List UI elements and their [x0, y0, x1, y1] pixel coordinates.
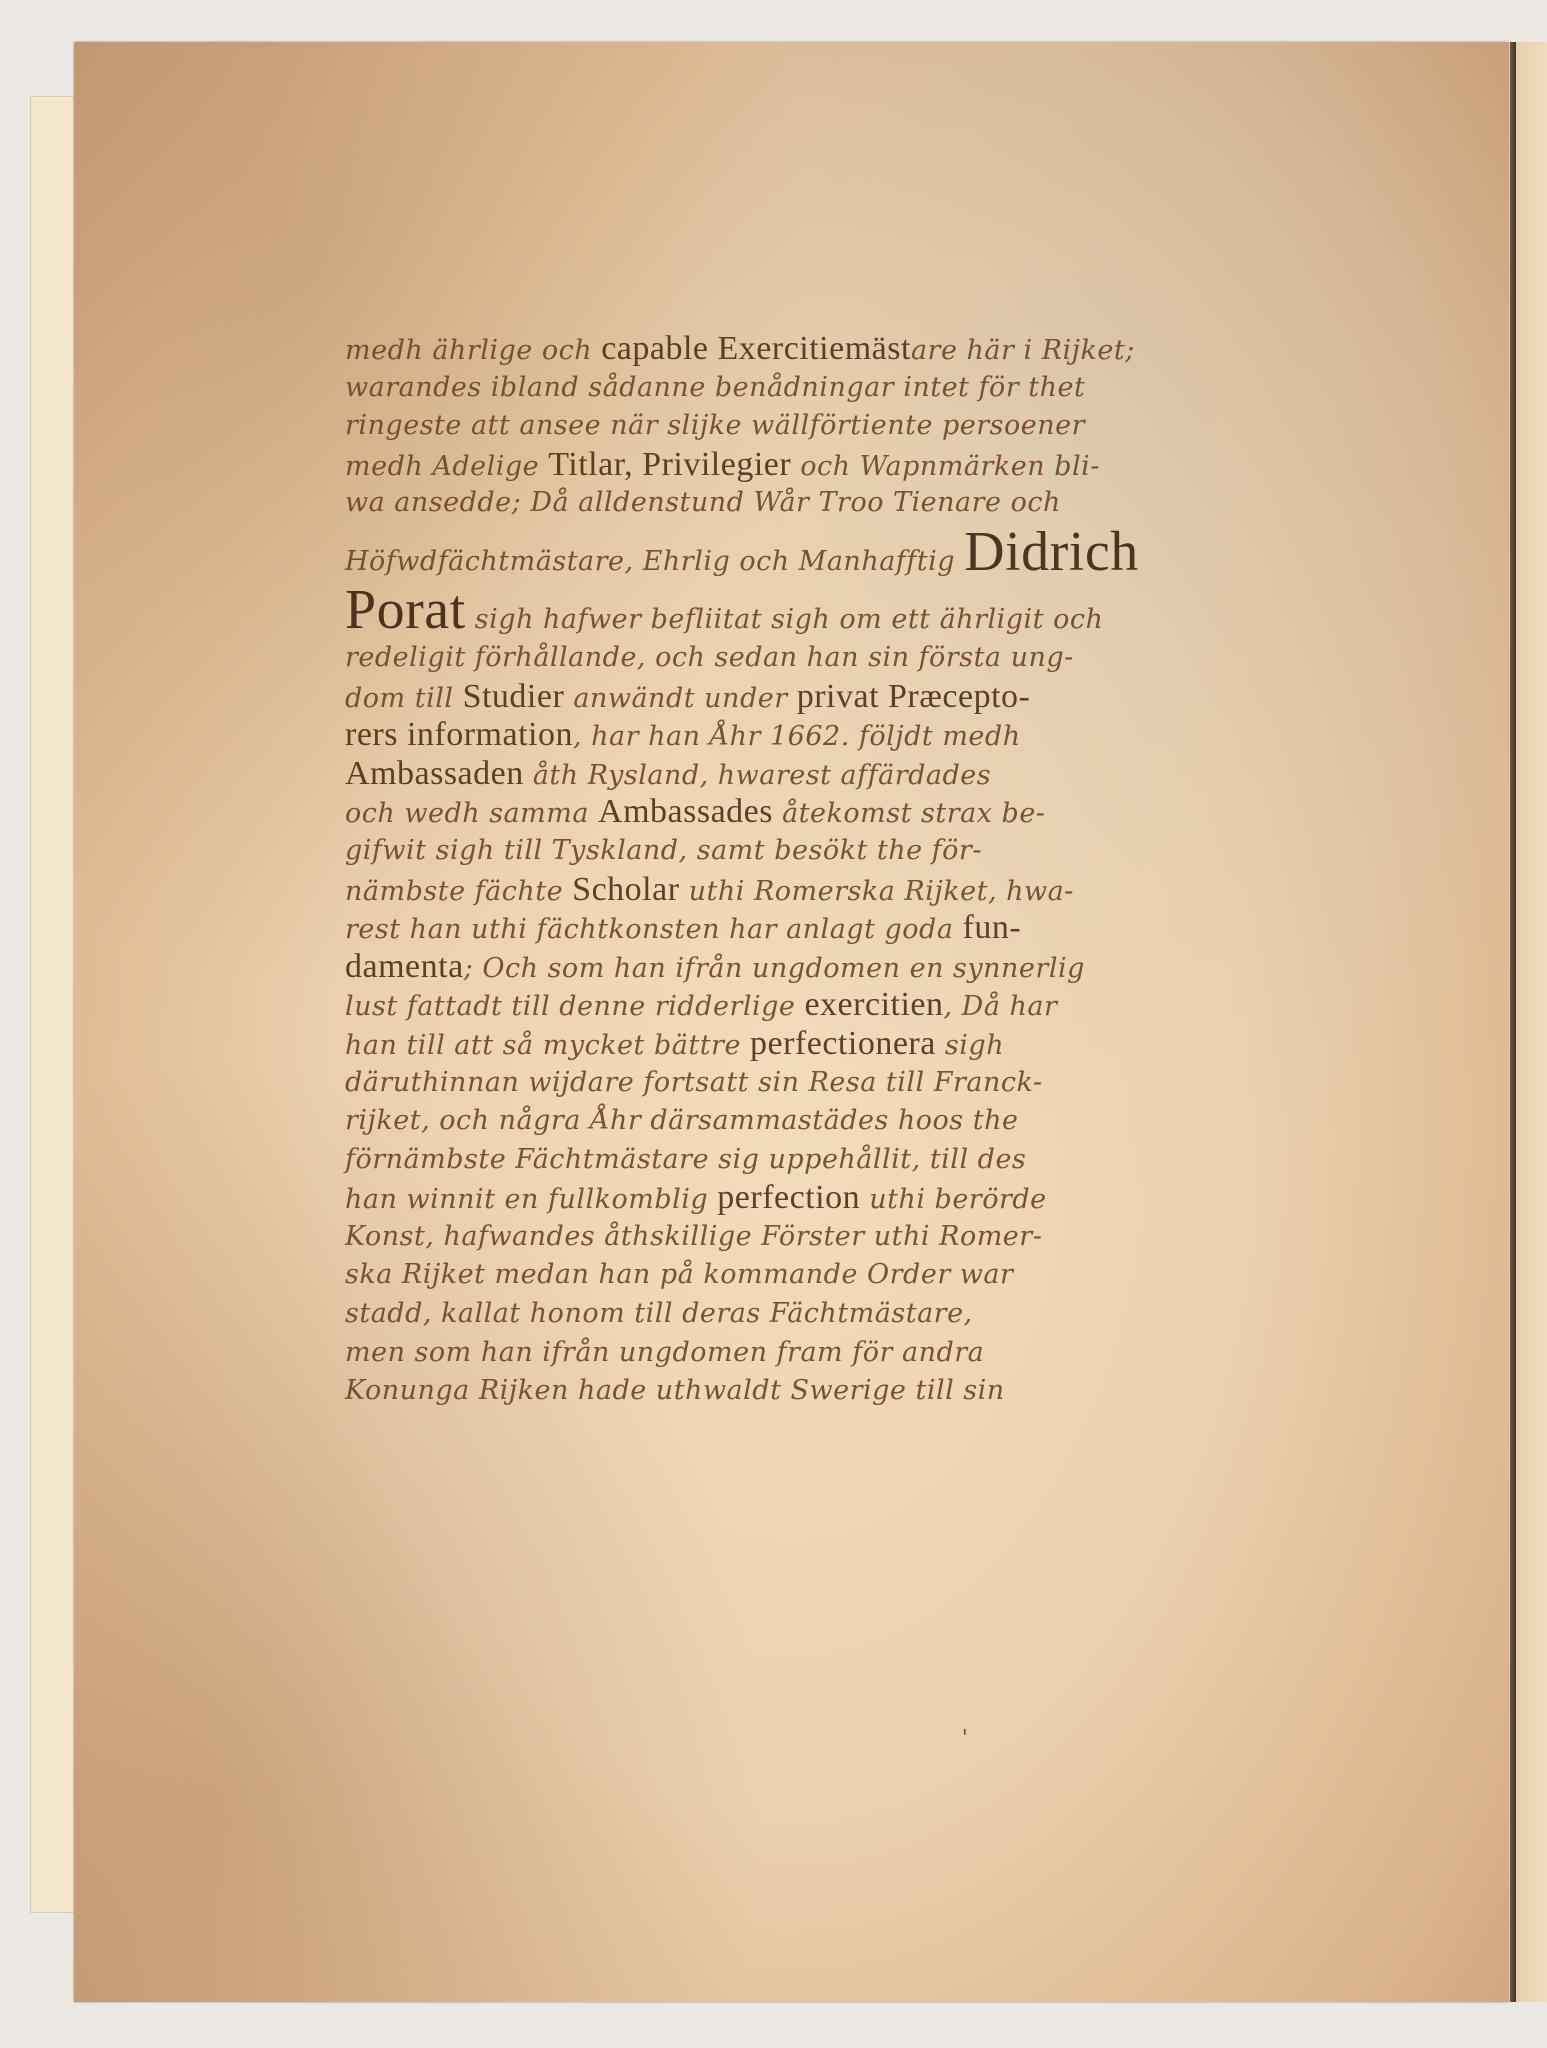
- line-emphasis: exercitien: [804, 986, 943, 1023]
- person-name-last: Porat: [345, 579, 466, 641]
- text-line: men som han ifrån ungdomen fram för andr…: [345, 1334, 1345, 1373]
- line-text: rijket, och några Åhr därsammastädes hoo…: [345, 1105, 1018, 1136]
- line-text: ; Och som han ifrån ungdomen en synnerli…: [464, 953, 1085, 984]
- text-line: redeligit förhållande, och sedan han sin…: [345, 639, 1345, 678]
- text-line: warandes ibland sådanne benådningar inte…: [345, 369, 1345, 408]
- text-line: Konst, hafwandes åthskillige Förster uth…: [345, 1218, 1345, 1257]
- line-text: men som han ifrån ungdomen fram för andr…: [345, 1337, 984, 1368]
- text-line: Konunga Rijken hade uthwaldt Swerige til…: [345, 1372, 1345, 1411]
- line-text: , har han Åhr 1662. följdt medh: [573, 721, 1021, 752]
- line-text: medh Adelige: [345, 451, 548, 482]
- line-text: rest han uthi fächtkonsten har anlagt go…: [345, 914, 963, 945]
- line-text: nämbste fächte: [345, 876, 572, 907]
- text-line: Höfwdfächtmästare, Ehrlig och Manhafftig…: [345, 523, 1345, 581]
- line-emphasis: perfectionera: [750, 1025, 936, 1062]
- line-text: sigh hafwer befliitat sigh om ett ährlig…: [466, 604, 1104, 635]
- facing-page-edge: [1516, 42, 1547, 2002]
- line-tail: uthi Romerska Rijket, hwa-: [680, 876, 1074, 907]
- text-line: rest han uthi fächtkonsten har anlagt go…: [345, 909, 1345, 948]
- text-line: medh Adelige Titlar, Privilegier och Wap…: [345, 446, 1345, 485]
- text-line: han winnit en fullkomblig perfection uth…: [345, 1179, 1345, 1218]
- text-line: Porat sigh hafwer befliitat sigh om ett …: [345, 581, 1345, 639]
- line-text: redeligit förhållande, och sedan han sin…: [345, 642, 1074, 673]
- line-emphasis: rers information: [345, 716, 573, 753]
- text-line: ringeste att ansee när slijke wällförtie…: [345, 407, 1345, 446]
- line-text: gifwit sigh till Tyskland, samt besökt t…: [345, 835, 982, 866]
- line-text: ska Rijket medan han på kommande Order w…: [345, 1259, 1013, 1290]
- line-text: han winnit en fullkomblig: [345, 1184, 717, 1215]
- manuscript-text: medh ährlige och capable Exercitiemästar…: [345, 330, 1345, 1411]
- page-mark: ': [962, 1725, 968, 1749]
- text-line: stadd, kallat honom till deras Fächtmäst…: [345, 1295, 1345, 1334]
- text-line: rijket, och några Åhr därsammastädes hoo…: [345, 1102, 1345, 1141]
- text-line: gifwit sigh till Tyskland, samt besökt t…: [345, 832, 1345, 871]
- line-tail: åtekomst strax be-: [773, 798, 1045, 829]
- text-line: han till att så mycket bättre perfection…: [345, 1025, 1345, 1064]
- line-tail: , Då har: [944, 991, 1058, 1022]
- text-line: Ambassaden åth Rysland, hwarest affärdad…: [345, 755, 1345, 794]
- line-text: medh ährlige och: [345, 335, 601, 366]
- line-text: Höfwdfächtmästare, Ehrlig och Manhafftig: [345, 546, 964, 577]
- line-emphasis: perfection: [717, 1179, 860, 1216]
- line-tail: uthi berörde: [860, 1184, 1047, 1215]
- person-name-first: Didrich: [964, 521, 1139, 583]
- text-line: och wedh samma Ambassades åtekomst strax…: [345, 793, 1345, 832]
- line-emphasis: Studier: [463, 678, 565, 715]
- line-tail: sigh: [936, 1030, 1004, 1061]
- text-line: damenta; Och som han ifrån ungdomen en s…: [345, 948, 1345, 987]
- text-line: medh ährlige och capable Exercitiemästar…: [345, 330, 1345, 369]
- line-text: stadd, kallat honom till deras Fächtmäst…: [345, 1298, 973, 1329]
- line-text: förnämbste Fächtmästare sig uppehållit, …: [345, 1144, 1026, 1175]
- text-line: förnämbste Fächtmästare sig uppehållit, …: [345, 1141, 1345, 1180]
- line-text: åth Rysland, hwarest affärdades: [524, 760, 991, 791]
- line-text: warandes ibland sådanne benådningar inte…: [345, 372, 1085, 403]
- line-text: Konst, hafwandes åthskillige Förster uth…: [345, 1221, 1042, 1252]
- text-line: rers information, har han Åhr 1662. följ…: [345, 716, 1345, 755]
- line-emphasis: Scholar: [572, 871, 679, 908]
- line-text: han till att så mycket bättre: [345, 1030, 750, 1061]
- text-line: nämbste fächte Scholar uthi Romerska Rij…: [345, 871, 1345, 910]
- line-text: wa ansedde; Då alldenstund Wår Troo Tien…: [345, 487, 1061, 518]
- line-text: lust fattadt till denne ridderlige: [345, 991, 804, 1022]
- line-emphasis: privat Præcepto-: [797, 678, 1031, 715]
- line-tail: anwändt under: [564, 683, 796, 714]
- line-tail: och Wapnmärken bli-: [791, 451, 1100, 482]
- line-text: dom till: [345, 683, 463, 714]
- line-emphasis: Ambassades: [598, 793, 773, 830]
- line-emphasis: capable Exercitiemäst: [601, 330, 911, 367]
- line-text: däruthinnan wijdare fortsatt sin Resa ti…: [345, 1067, 1043, 1098]
- text-line: wa ansedde; Då alldenstund Wår Troo Tien…: [345, 484, 1345, 523]
- text-line: däruthinnan wijdare fortsatt sin Resa ti…: [345, 1064, 1345, 1103]
- line-text: Konunga Rijken hade uthwaldt Swerige til…: [345, 1375, 1005, 1406]
- line-emphasis: fun-: [963, 909, 1022, 946]
- line-text: och wedh samma: [345, 798, 598, 829]
- text-line: dom till Studier anwändt under privat Pr…: [345, 678, 1345, 717]
- line-text: ringeste att ansee när slijke wällförtie…: [345, 410, 1085, 441]
- line-emphasis: Ambassaden: [345, 755, 524, 792]
- text-line: ska Rijket medan han på kommande Order w…: [345, 1256, 1345, 1295]
- line-emphasis: Titlar, Privilegier: [548, 446, 791, 483]
- line-emphasis: damenta: [345, 948, 464, 985]
- text-line: lust fattadt till denne ridderlige exerc…: [345, 986, 1345, 1025]
- line-tail: are här i Rijket;: [911, 335, 1135, 366]
